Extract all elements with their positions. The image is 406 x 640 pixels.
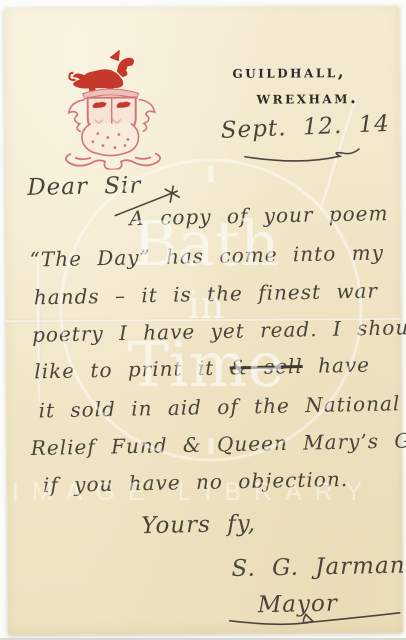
handwritten-line-3: hands – it is the finest war [34, 279, 379, 310]
scanned-letter-photo: Guildhall, Wrexham. Sept. 12. 14 Dear Si… [0, 0, 406, 640]
salutation: Dear Sir [27, 173, 142, 201]
handwritten-line-2: “The Day” has come into my [29, 240, 384, 271]
letter-date: Sept. 12. 14 [220, 111, 390, 144]
signature: S. G. Jarman [231, 553, 405, 582]
closing: Yours fy, [141, 511, 256, 539]
red-dragon-icon [69, 50, 134, 92]
letterhead-wrexham: Wrexham. [257, 88, 359, 109]
handwritten-line-7: Relief Fund & Queen Mary’s Guild, [31, 427, 406, 460]
line-5-pre: like to print it [34, 355, 230, 383]
crest-ermine-robe [82, 123, 139, 155]
handwritten-line-5: like to print it & sell have [34, 353, 370, 384]
letter-paper: Guildhall, Wrexham. Sept. 12. 14 Dear Si… [4, 6, 403, 635]
handwritten-line-6: it sold in aid of the National [38, 391, 400, 422]
letterhead-guildhall: Guildhall, [232, 62, 346, 83]
signoff-title: Mayor [257, 591, 338, 619]
line-5-crossed-out-words: & sell [229, 354, 303, 379]
line-5-post: have [302, 353, 370, 378]
date-underline-flourish [245, 149, 359, 161]
handwritten-line-8: if you have no objection. [43, 467, 349, 497]
wrexham-coat-of-arms-crest [54, 49, 171, 170]
handwritten-line-1: A copy of your poem [129, 201, 389, 230]
